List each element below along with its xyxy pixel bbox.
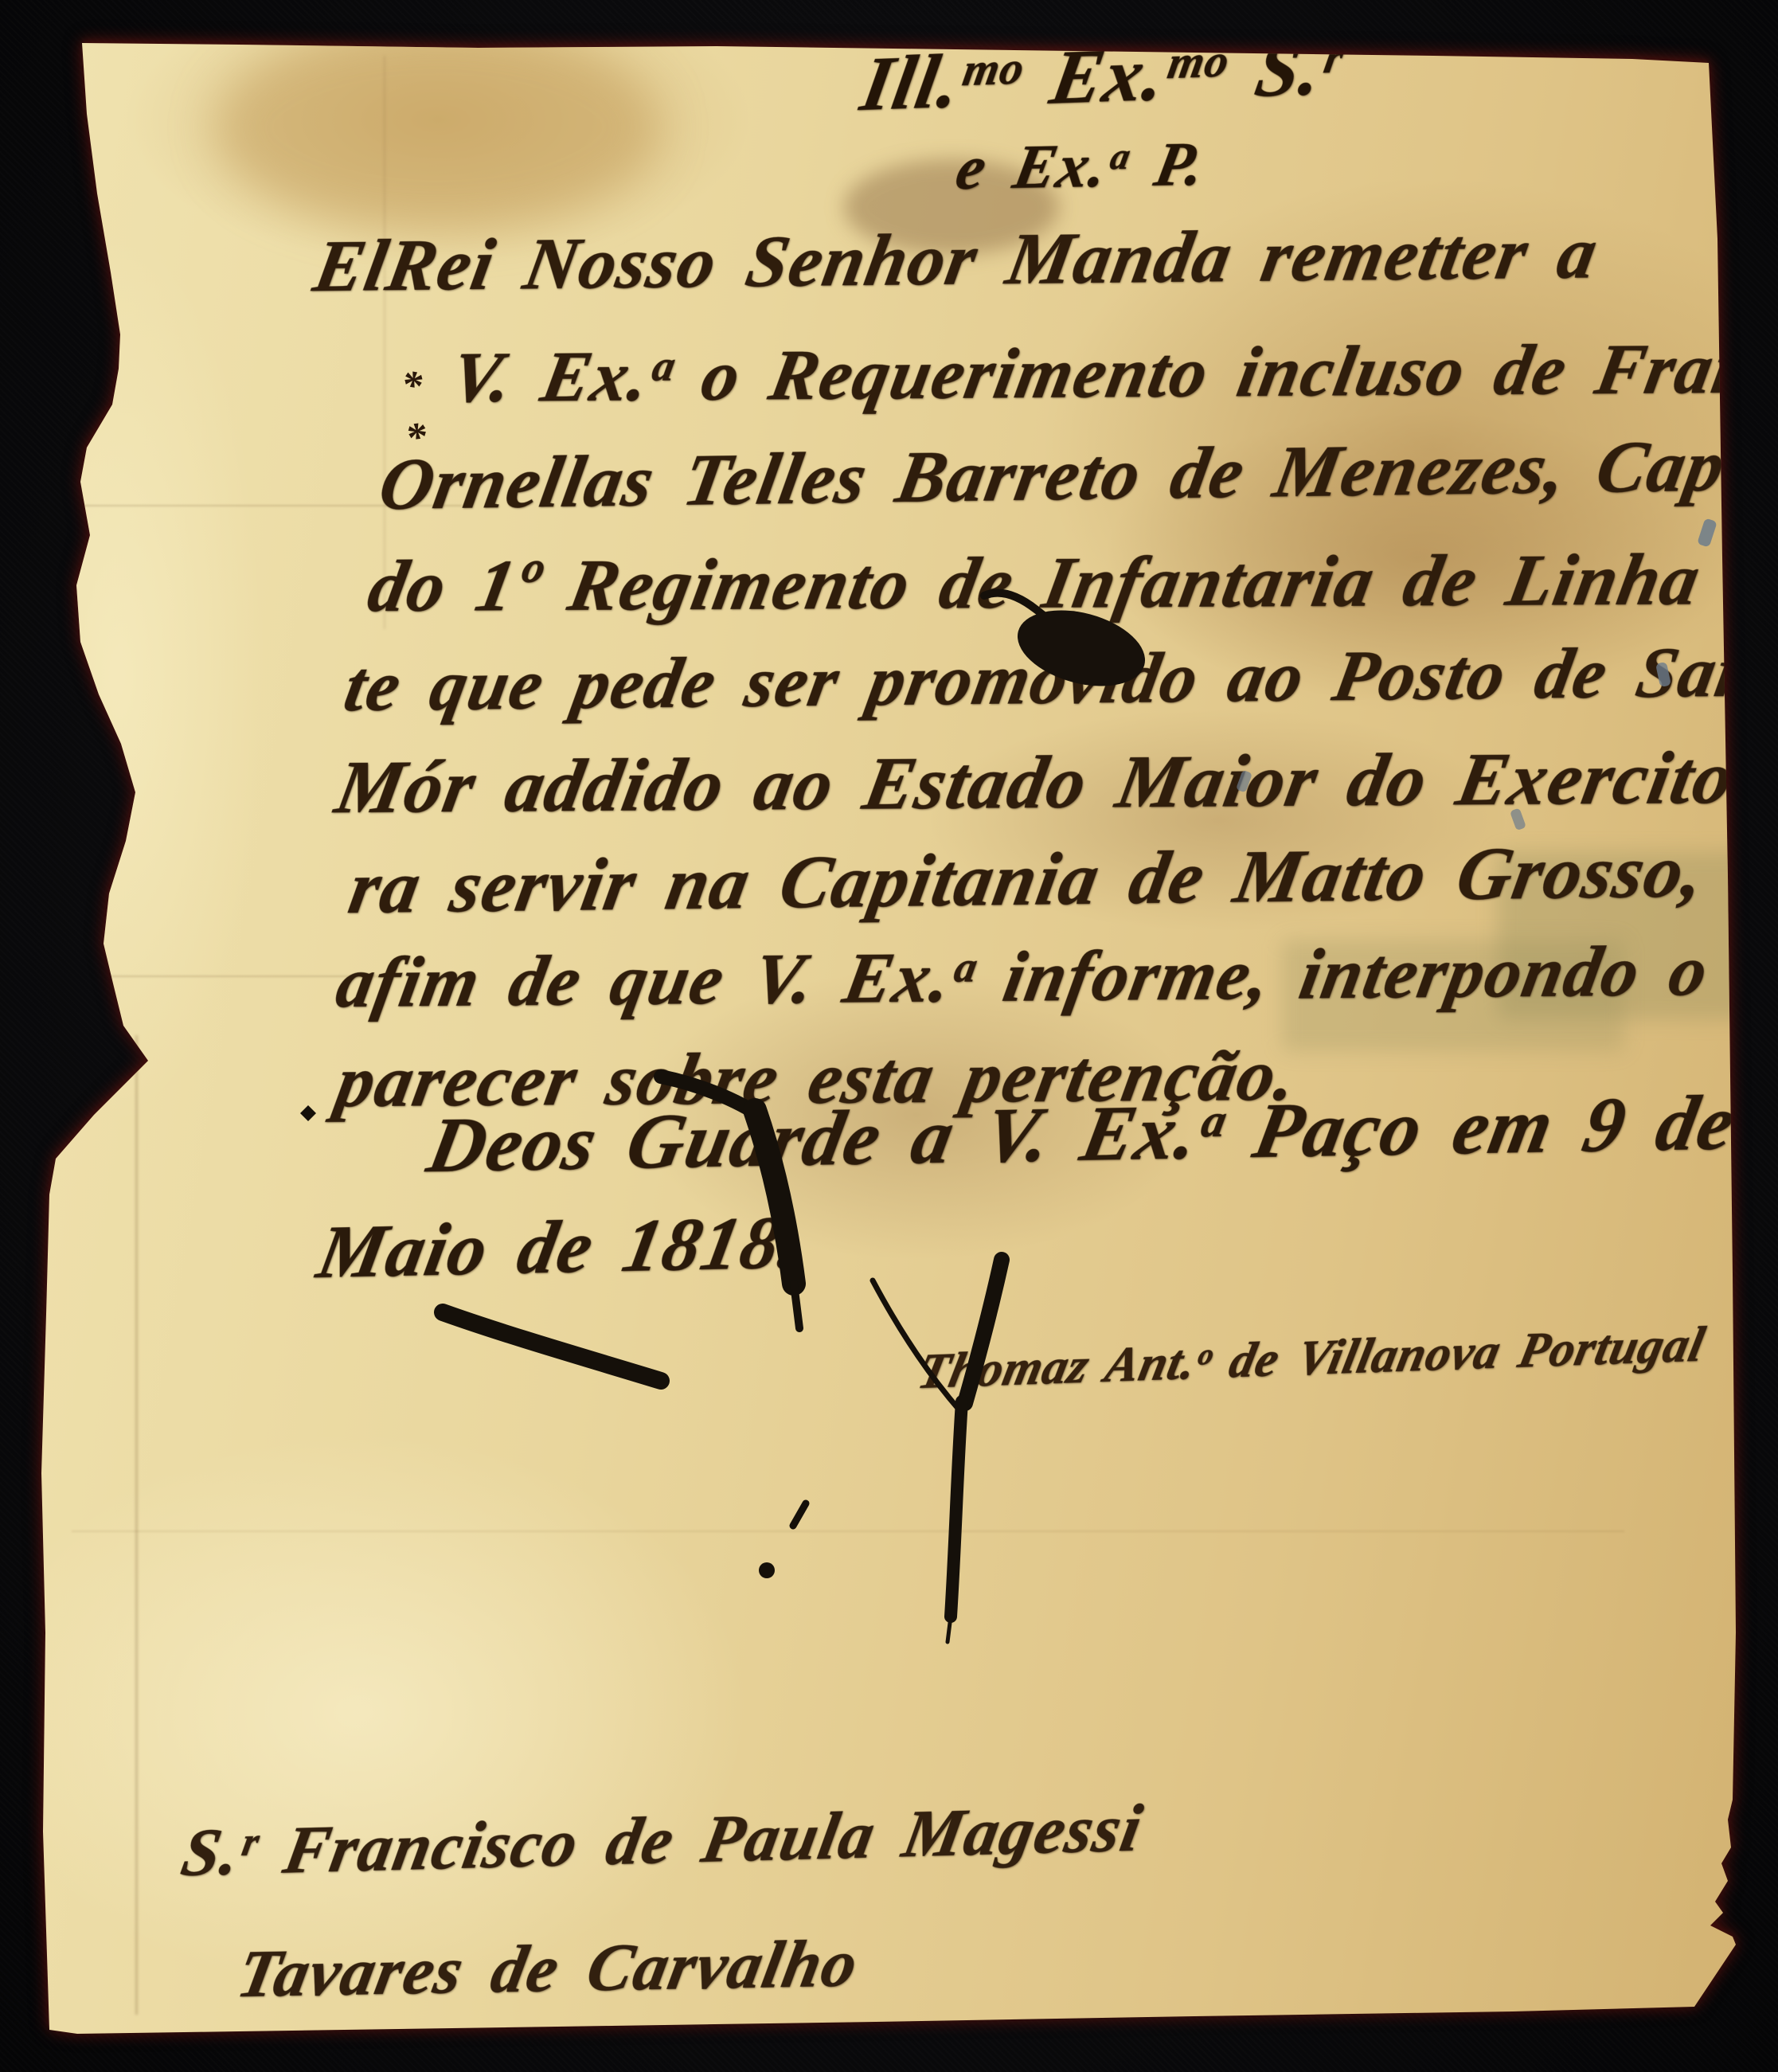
- fold-crease-vertical-left: [135, 1035, 138, 2015]
- addressee-line-1: S.ʳ Francisco de Paula Magessi: [177, 1795, 1148, 1887]
- body-line-8: afim de que V. Ex.ᵃ informe, interpondo …: [331, 934, 1778, 1019]
- ink-dot-diamond: [300, 1105, 316, 1121]
- body-line-5: te que pede ser promovido ao Posto de Sa…: [339, 635, 1778, 723]
- ink-stroke-y-tip: [948, 1617, 951, 1642]
- body-line-2: V. Ex.ᵃ o Requerimento incluso de Franci…: [446, 331, 1778, 414]
- addressee-line-2: Tavares de Carvalho: [233, 1930, 864, 2008]
- ink-stroke-dash: [443, 1312, 661, 1381]
- fold-crease-horizontal-3: [72, 1531, 1624, 1532]
- margin-mark-1: *: [398, 361, 427, 411]
- body-line-1: ElRei Nosso Senhor Manda remetter a: [309, 216, 1604, 303]
- closing-line-2: Maio de 1818.: [312, 1205, 808, 1290]
- fold-crease-vertical-upper: [384, 56, 385, 629]
- stain-top-center: [215, 24, 661, 231]
- fold-crease-horizontal-2: [46, 975, 381, 977]
- heading-line-2: e Ex.ᵃ P.: [952, 132, 1211, 199]
- ink-dot-slash: [793, 1503, 806, 1526]
- ink-stroke-date-tip: [794, 1284, 799, 1328]
- body-line-4: do 1º Regimento de Infantaria de Linha d…: [363, 541, 1778, 623]
- body-line-3: Ornellas Telles Barreto de Menezes, Capi…: [374, 427, 1778, 521]
- signature-line: Thomaz Ant.ᵒ de Villanova Portugal: [914, 1319, 1710, 1397]
- ink-dot-round: [759, 1562, 775, 1578]
- heading-line-1: Ill.ᵐᵒ Ex.ᵐᵒ S.ʳ: [856, 29, 1346, 123]
- manuscript-paper: Ill.ᵐᵒ Ex.ᵐᵒ S.ʳ e Ex.ᵃ P. ElRei Nosso S…: [0, 0, 1778, 2072]
- ink-blot-layer: [0, 0, 1778, 2072]
- body-line-6: Mór addido ao Estado Maior do Exercito p…: [330, 739, 1778, 825]
- ink-stroke-y-stem: [951, 1402, 962, 1617]
- manuscript-paper-wrap: Ill.ᵐᵒ Ex.ᵐᵒ S.ʳ e Ex.ᵃ P. ElRei Nosso S…: [0, 0, 1778, 2072]
- body-line-7: ra servir na Capitania de Matto Grosso,: [344, 834, 1711, 925]
- closing-line-1: Deos Guarde a V. Ex.ᵃ Paço em 9 de: [422, 1084, 1742, 1185]
- photo-backdrop: { "scene": { "background_color": "#0b0b0…: [0, 0, 1778, 2072]
